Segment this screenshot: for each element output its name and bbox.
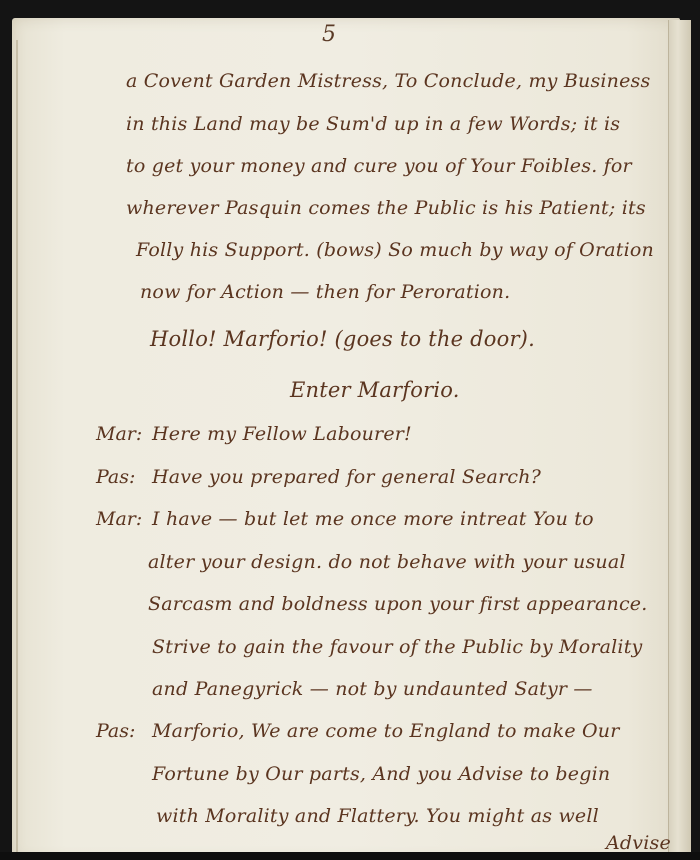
dialogue-line: Here my Fellow Labourer! (152, 423, 412, 445)
manuscript-line: to get your money and cure you of Your F… (126, 155, 632, 177)
dialogue-line: and Panegyrick — not by undaunted Satyr … (152, 678, 593, 700)
manuscript-line: Folly his Support. (bows) So much by way… (136, 239, 654, 261)
dialogue-line: Fortune by Our parts, And you Advise to … (152, 763, 610, 785)
speaker-label: Pas: (96, 466, 135, 488)
manuscript-line: a Covent Garden Mistress, To Conclude, m… (126, 70, 650, 92)
dialogue-line: Sarcasm and boldness upon your first app… (148, 593, 648, 615)
manuscript-line: in this Land may be Sum'd up in a few Wo… (126, 113, 620, 135)
page-number: 5 (322, 22, 336, 47)
dialogue-line: Marforio, We are come to England to make… (152, 720, 620, 742)
dialogue-line: with Morality and Flattery. You might as… (156, 805, 599, 827)
speaker-label: Mar: (96, 508, 142, 530)
dialogue-line: I have — but let me once more intreat Yo… (152, 508, 594, 530)
speaker-label: Mar: (96, 423, 142, 445)
stage-direction-line: Hollo! Marforio! (goes to the door). (150, 327, 535, 351)
dialogue-line: alter your design. do not behave with yo… (148, 551, 626, 573)
speaker-label: Pas: (96, 720, 135, 742)
manuscript-line: wherever Pasquin comes the Public is his… (126, 197, 646, 219)
dialogue-line: Strive to gain the favour of the Public … (152, 636, 642, 658)
dialogue-line: Have you prepared for general Search? (152, 466, 541, 488)
manuscript-line: now for Action — then for Peroration. (140, 281, 510, 303)
background-shadow (0, 852, 700, 860)
next-page-edge (668, 20, 691, 860)
stage-direction-enter: Enter Marforio. (290, 378, 460, 402)
catchword: Advise (606, 832, 671, 854)
page-binding-edge (16, 40, 18, 852)
